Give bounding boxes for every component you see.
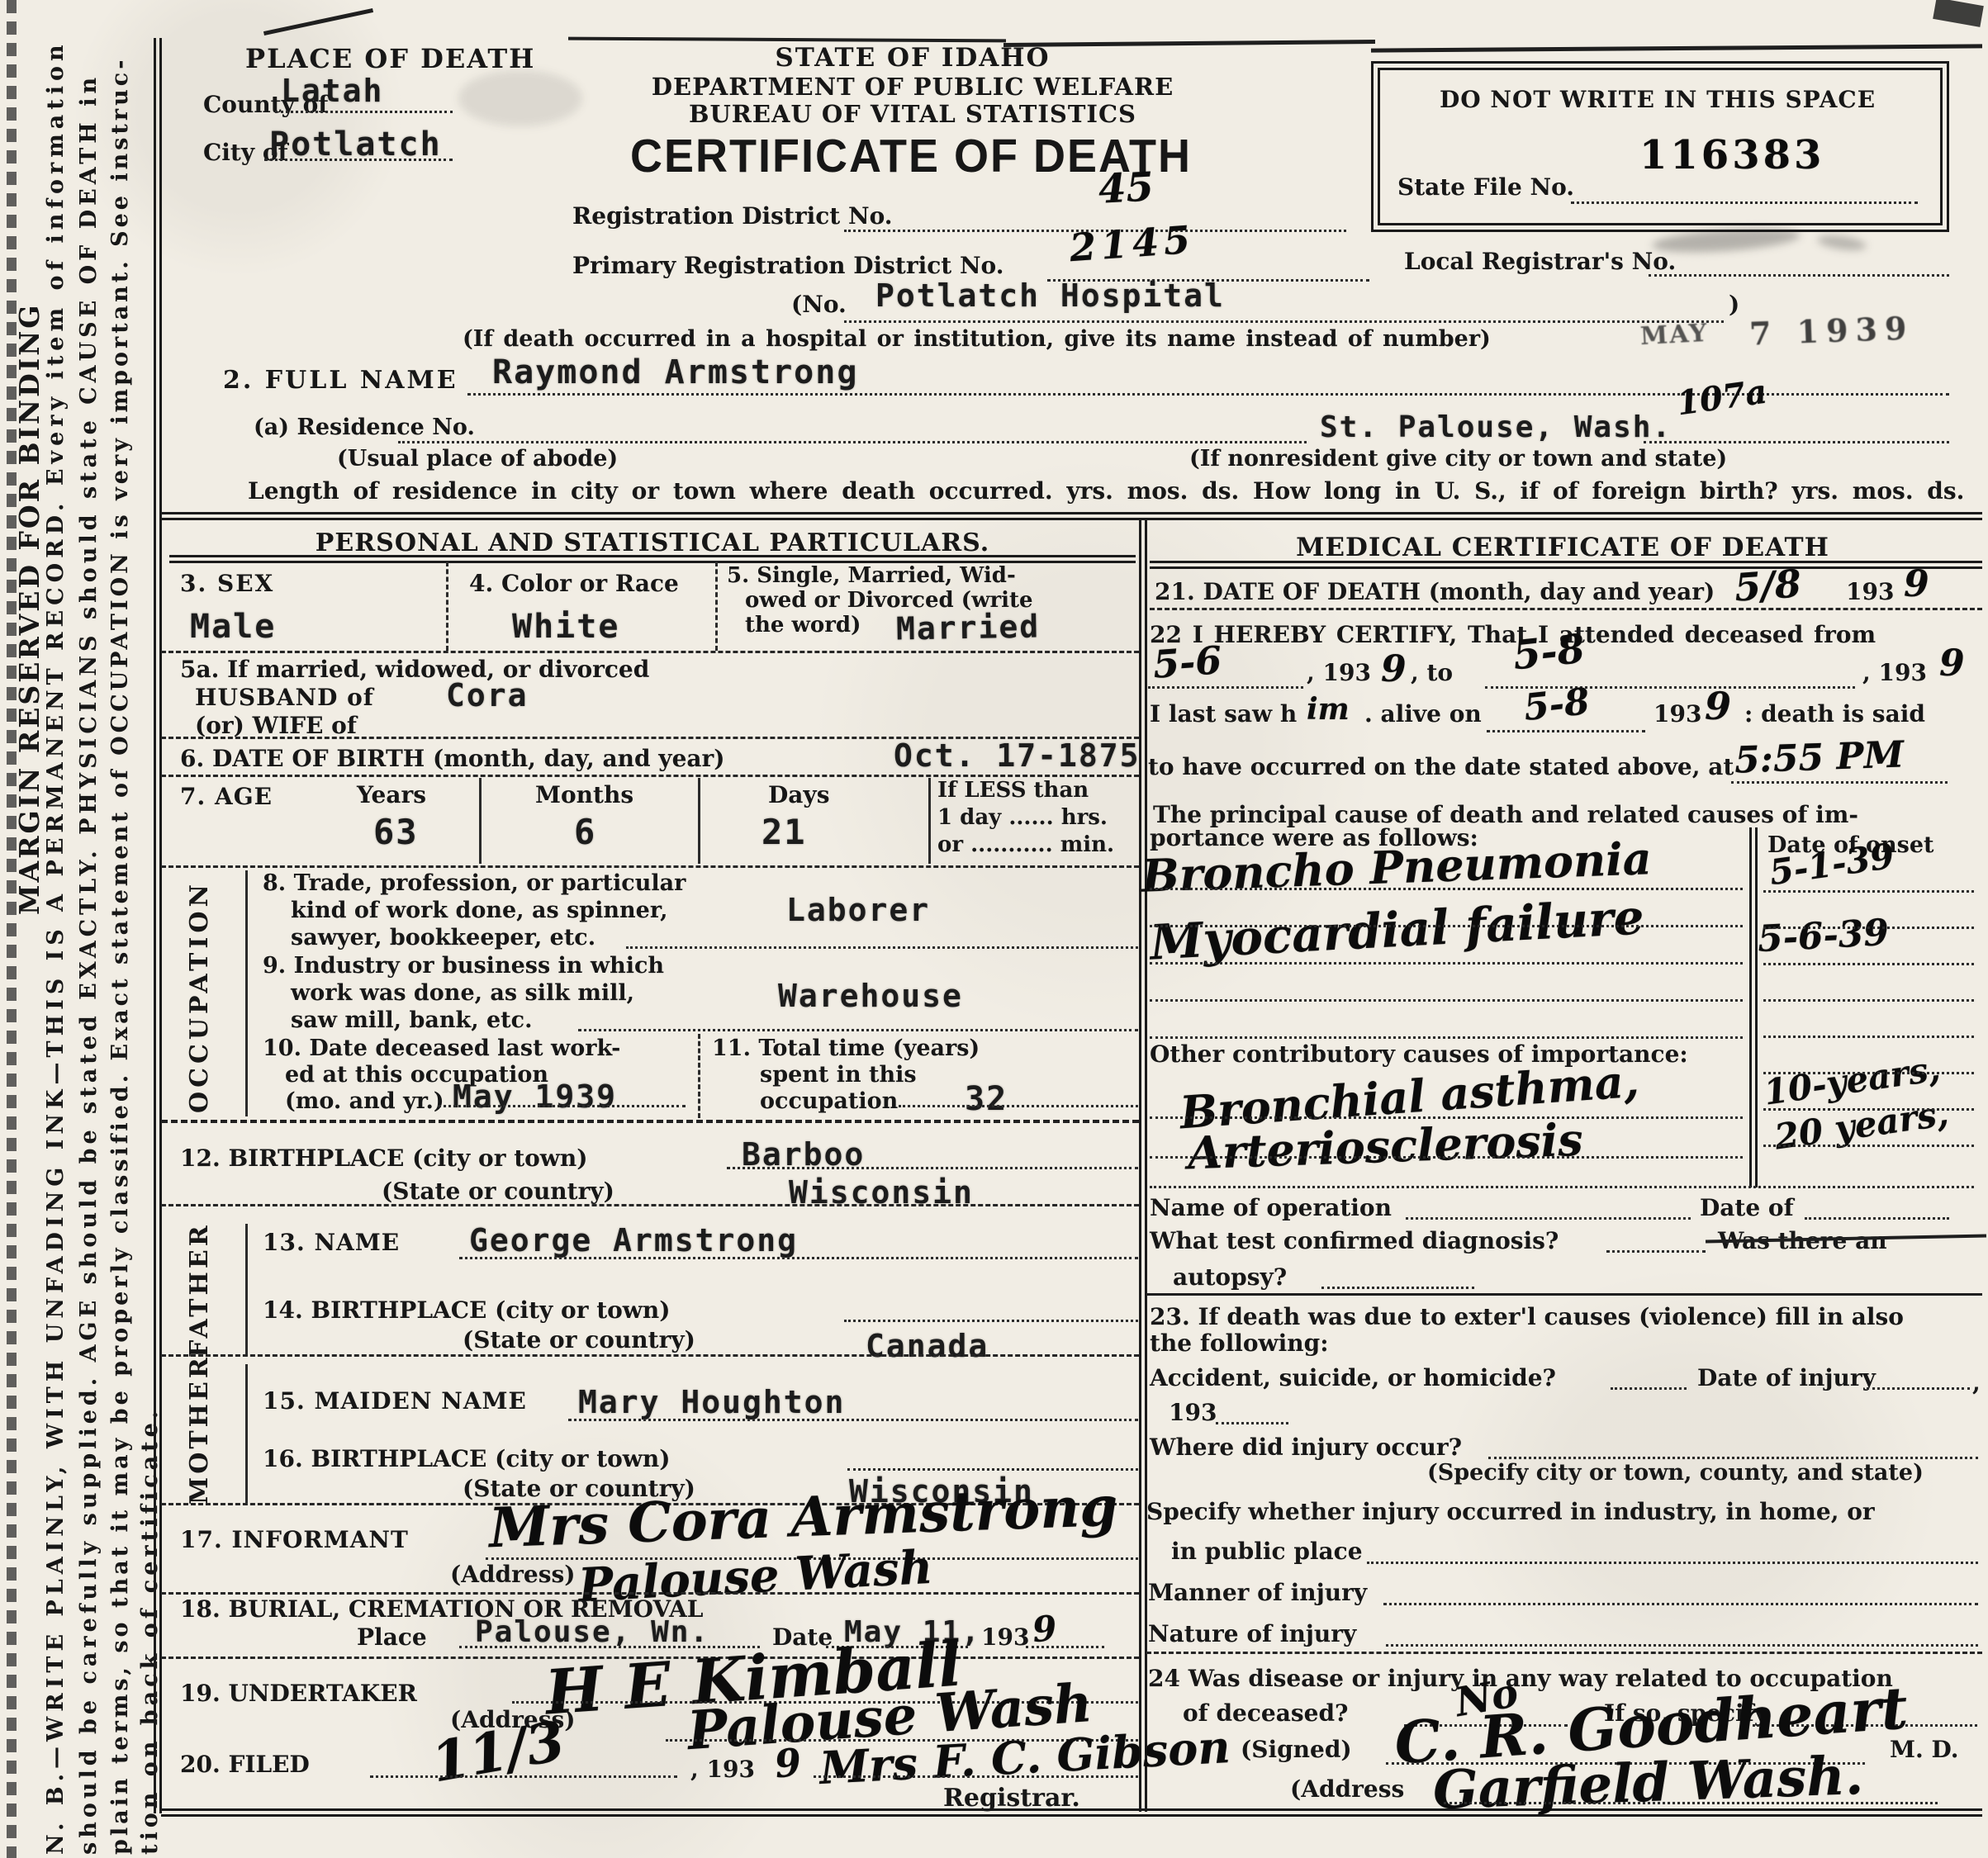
occupation-side-label: OCCUPATION [185,880,214,1113]
time-of-death-value: 5:55 PM [1734,733,1905,781]
residence-line [398,441,1307,443]
item14-bottom-line [161,1354,1139,1357]
age-divider-2 [698,778,700,864]
other-line-2 [1150,1156,1743,1159]
state-file-value: 116383 [1639,132,1824,178]
smudge-county [458,70,582,126]
accident-label: Accident, suicide, or homicide? [1150,1364,1556,1391]
cell-divider-race-marital [715,562,718,651]
sex-value: Male [190,608,276,646]
injury-year-line [1216,1422,1288,1424]
item14-line [844,1320,1138,1322]
hospital-no-open: (No. [791,291,847,318]
year1-printed: , 193 [1307,659,1371,686]
lastsaw-post: : death is said [1744,700,1925,728]
item18-year-printed: 193 [981,1623,1029,1651]
item13-line [459,1257,1138,1259]
hospital-note: (If death occurred in a hospital or inst… [463,326,1491,352]
dob-label: 6. DATE OF BIRTH (month, day, and year) [180,745,725,772]
months-label: Months [535,781,633,808]
item13-label: 13. NAME [263,1229,400,1256]
local-registrar-label: Local Registrar's No. [1404,248,1676,275]
dob-value: Oct. 17-1875 [894,737,1141,774]
lastsaw-pre: I last saw h [1150,700,1297,728]
marital-label-1: 5. Single, Married, Wid- [727,563,1016,588]
state-file-line [1571,201,1918,204]
item24-line-2: of deceased? [1183,1699,1348,1727]
smudge-registrar-2 [1816,233,1867,253]
county-line [275,111,453,113]
item8-label-2: kind of work done, as spinner, [291,898,668,923]
residence-hw-value: 107a [1674,372,1769,424]
item18-place-value: Palouse, Wn. [475,1615,709,1649]
item12-bottom-line [161,1204,1139,1206]
dateof-label: Date of [1700,1194,1794,1221]
occupation-bracket [245,870,248,1116]
cause-line-3 [1150,962,1743,965]
state-file-label: State File No. [1397,173,1574,201]
onset-line-3 [1763,963,1974,965]
year2-hw: 9 [1939,642,1965,685]
scan-line-top-3 [1003,40,1375,47]
onset-line-2 [1763,927,1974,929]
county-value: Latah [281,73,383,109]
days-label: Days [768,781,829,808]
onset-line-8 [1763,1145,1974,1147]
residence-label: (a) Residence No. [254,415,475,440]
primary-district-value: 2145 [1068,217,1196,270]
item11-label-3: occupation [760,1088,898,1114]
cause-line-5 [1150,1036,1743,1039]
residence-value: St. Palouse, Wash. [1320,410,1672,444]
father-side-label: FATHER [185,1222,214,1358]
item21-year-hw: 9 [1904,563,1929,605]
scan-line-top-2 [568,37,1006,43]
lastsaw-date: 5-8 [1522,680,1592,729]
state-line: STATE OF IDAHO [775,43,1050,73]
operation-line [1406,1217,1691,1220]
onset-line-4 [1763,999,1974,1002]
item12-label: 12. BIRTHPLACE (city or town) [180,1145,588,1172]
marital-label-3: the word) [745,613,861,638]
autopsy-label: autopsy? [1173,1263,1287,1291]
age-divider-1 [479,778,482,864]
cause2-value: Myocardial failure [1149,889,1645,970]
dept-line: DEPARTMENT OF PUBLIC WELFARE [652,73,1174,101]
item14-state-label: (State or country) [463,1326,695,1353]
form-border-left [154,38,162,1813]
row5-bottom-line [161,651,1139,653]
years-value: 63 [373,812,419,852]
item8-label-1: 8. Trade, profession, or particular [263,870,686,896]
year2-printed: , 193 [1862,659,1927,686]
item10-value: May 1939 [453,1078,617,1115]
spouse-value: Cora [446,677,529,713]
hospital-no-close: ) [1729,291,1739,318]
item15-value: Mary Houghton [578,1384,845,1420]
item19-label: 19. UNDERTAKER [180,1680,417,1707]
less-than-label-3: or ........... min. [937,832,1114,857]
nonresident-note: (If nonresident give city or town and st… [1189,446,1727,472]
item16-label: 16. BIRTHPLACE (city or town) [263,1445,671,1472]
item9-label-1: 9. Industry or business in which [263,953,664,979]
dateinjury-line [1867,1387,1970,1390]
item10-line [438,1105,686,1107]
item17-address-label: (Address) [450,1561,575,1588]
item15-label: 15. MAIDEN NAME [263,1387,527,1415]
item20-year-hw: 9 [772,1739,803,1786]
item9-value: Warehouse [778,978,963,1014]
item20-registrar-line [814,1775,1138,1778]
reg-district-label: Registration District No. [572,202,893,230]
md-label: M. D. [1890,1736,1959,1763]
left-title-underline [169,555,1136,563]
item17-bottom-line [161,1592,1139,1595]
causes-bottom-line [1150,1186,1974,1188]
cause-line-1 [1150,888,1743,890]
fullname-value: Raymond Armstrong [492,353,858,391]
test-label: What test confirmed diagnosis? [1150,1227,1559,1254]
item14-value: Canada [866,1328,989,1364]
less-than-label-1: If LESS than [937,778,1089,803]
item18-place-label: Place [357,1623,427,1651]
residence-line-2 [1644,441,1949,443]
column-divider [1139,519,1147,1812]
marital-value: Married [896,608,1041,647]
item10-11-divider [698,1034,700,1118]
item16-line [847,1468,1138,1471]
primary-district-label: Primary Registration District No. [572,252,1003,279]
item11-line [899,1105,1138,1107]
left-section-title: PERSONAL AND STATISTICAL PARTICULARS. [316,528,989,557]
husband-label: HUSBAND of [195,684,374,711]
onset-line-1 [1763,890,1974,893]
item18-year-line [1026,1646,1104,1648]
death-certificate-scan: MARGIN RESERVED FOR BINDING N. B.—WRITE … [0,0,1988,1858]
item10-label-1: 10. Date deceased last work- [263,1036,620,1061]
item23-line-1: 23. If death was due to exter'l causes (… [1150,1303,1904,1330]
margin-nb-line1: N. B.—WRITE PLAINLY, WITH UNFADING INK—T… [43,40,69,1855]
lastsaw-year-printed: 193 [1654,700,1701,728]
item20-date-hw: 11/3 [426,1709,569,1795]
cause-line-2 [1150,925,1743,927]
mother-bracket [245,1364,248,1503]
do-not-write-label: DO NOT WRITE IN THIS SPACE [1440,86,1876,113]
item13-value: George Armstrong [469,1222,798,1258]
item11-value: 32 [965,1080,1008,1118]
item9-label-2: work was done, as silk mill, [291,980,634,1006]
years-label: Years [357,781,426,808]
occupation-bottom-line [161,1120,1139,1123]
address-label-right: (Address [1290,1775,1404,1803]
date-stamp-rest: 7 1939 [1748,310,1914,353]
item20-date-line [370,1775,677,1778]
days-value: 21 [762,812,807,852]
onset-line-5 [1763,1036,1974,1038]
age-bottom-line [161,865,1139,868]
cause2-onset: 5-6-39 [1757,912,1890,960]
item21-value: 5/8 [1733,561,1802,610]
father-bracket [245,1224,248,1356]
right-section-title: MEDICAL CERTIFICATE OF DEATH [1296,533,1829,562]
item8-line [626,946,1138,949]
operation-label: Name of operation [1150,1194,1392,1221]
dateinjury-label: Date of injury [1697,1364,1876,1391]
attended-from-value: 5-6 [1151,638,1223,687]
item6-bottom-line [161,775,1139,777]
nature-label: Nature of injury [1148,1620,1356,1647]
public-line [1367,1562,1978,1564]
public-label: in public place [1171,1538,1363,1565]
item18-year-hw: 9 [1031,1608,1058,1650]
item9-label-3: saw mill, bank, etc. [291,1007,532,1033]
item15-line [568,1419,1138,1421]
item11-label-1: 11. Total time (years) [712,1036,980,1061]
where-line [1488,1457,1978,1459]
test-line [1606,1250,1706,1253]
item12-line [727,1167,1138,1169]
onset-line-7 [1763,1108,1974,1111]
autopsy-line [1321,1287,1474,1289]
nature-line [1386,1644,1978,1647]
hospital-value: Potlatch Hospital [875,277,1225,314]
wife-label: (or) WIFE of [195,712,357,739]
reg-district-value: 45 [1098,164,1155,212]
item5a-label: 5a. If married, widowed, or divorced [180,656,649,683]
onset-line-6 [1763,1072,1974,1074]
local-registrar-line [1649,274,1949,277]
signed-label: (Signed) [1241,1736,1352,1763]
cell-divider-sex-race [446,562,448,651]
dateinjury-comma: , [1972,1369,1981,1396]
race-value: White [512,608,619,646]
item12-state-label: (State or country) [382,1178,614,1205]
abode-note: (Usual place of abode) [337,446,618,472]
item8-label-3: sawyer, bookkeeper, etc. [291,925,595,950]
header-body-divider [161,512,1982,520]
item14-label: 14. BIRTHPLACE (city or town) [263,1296,671,1324]
item10-label-3: (mo. and yr.) [285,1088,444,1114]
cause-line-4 [1150,999,1743,1002]
place-of-death-heading: PLACE OF DEATH [245,43,535,74]
months-value: 6 [574,812,596,852]
dateof-line [1805,1217,1949,1220]
lastsaw-year-hw: 9 [1705,684,1731,728]
item11-label-2: spent in this [760,1062,917,1088]
to-label: , to [1411,659,1453,686]
margin-binding-note: MARGIN RESERVED FOR BINDING [13,303,45,915]
occurred-line: to have occurred on the date stated abov… [1148,753,1734,780]
time-of-death-line [1731,781,1948,784]
specify-line-1: Specify whether injury occurred in indus… [1146,1498,1875,1525]
item9-line [578,1029,1138,1031]
lastsaw-line [1487,730,1645,732]
item23-line-2: the following: [1150,1330,1329,1357]
item21-bottom-line [1150,608,1982,610]
section24-divider [1146,1652,1982,1654]
race-label: 4. Color or Race [469,570,679,597]
city-line [264,159,453,161]
lastsaw-hw: im [1307,692,1350,727]
margin-nb-line2: should be carefully supplied. AGE should… [76,73,102,1855]
onset-column-divider [1749,827,1758,1187]
mother-side-label: MOTHER [185,1354,214,1505]
date-stamp-month: MAY [1639,319,1709,351]
section23-divider [1146,1293,1982,1296]
attended-to-value: 5-8 [1511,626,1587,680]
scan-line-top-4 [1371,44,1982,52]
injury-year-label: 193 [1169,1399,1217,1426]
specify-city-note: (Specify city or town, county, and state… [1427,1460,1924,1486]
torn-edge-left [7,0,17,1858]
item21-year-printed: 193 [1846,578,1894,605]
age-divider-3 [928,778,931,864]
fullname-label: 2. FULL NAME [223,366,458,395]
item20-label: 20. FILED [180,1751,310,1778]
registrar-label: Registrar. [943,1784,1080,1813]
item21-label: 21. DATE OF DEATH (month, day and year) [1155,578,1715,605]
manner-line [1383,1603,1978,1605]
bureau-line: BUREAU OF VITAL STATISTICS [689,100,1136,128]
address-line-right [1444,1802,1938,1804]
manner-label: Manner of injury [1148,1579,1367,1606]
year1-hw: 9 [1381,648,1407,690]
item17-label: 17. INFORMANT [180,1526,409,1553]
hospital-line [844,320,1724,323]
item8-value: Laborer [786,892,930,928]
other-line-1 [1150,1116,1743,1119]
attended-from-line [1148,686,1303,689]
lastsaw-mid: . alive on [1364,700,1482,728]
item20-year-printed: , 193 [690,1756,755,1783]
accident-line [1611,1387,1687,1390]
corner-mark [1933,0,1984,27]
margin-nb-line3: plain terms, so that it may be properly … [107,57,133,1855]
less-than-label-2: 1 day ...... hrs. [937,805,1108,830]
scan-line-top-1 [263,8,373,36]
sex-label: 3. SEX [180,570,274,597]
where-label: Where did injury occur? [1150,1434,1462,1461]
age-label: 7. AGE [180,783,273,810]
length-of-residence-line: Length of residence in city or town wher… [248,477,1964,505]
